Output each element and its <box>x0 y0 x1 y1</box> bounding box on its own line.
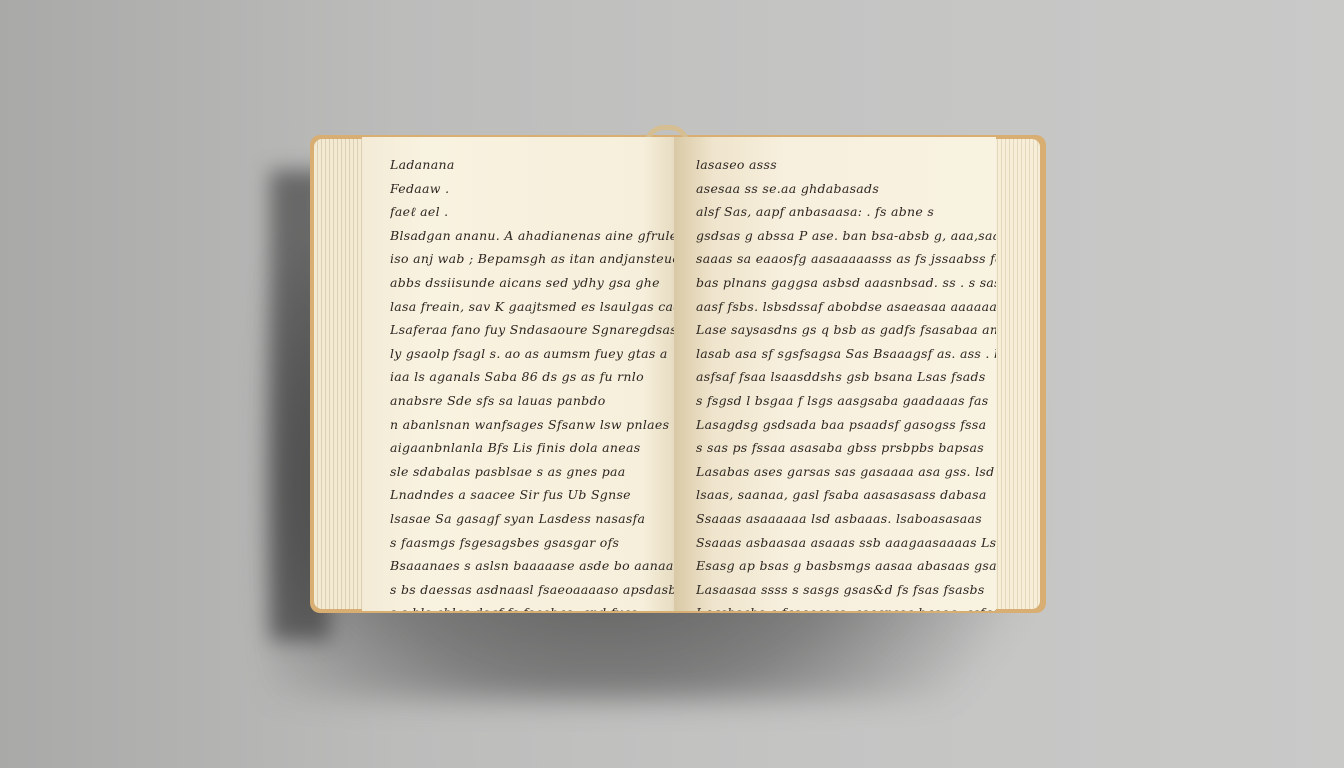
handwritten-line: lasab asa sf sgsfsagsa Sas Bsaaagsf as. … <box>696 342 996 366</box>
handwritten-line: Bsaaanaes s aslsn baaaaase asde bo aanaa <box>390 554 674 578</box>
handwritten-line: s bs daessas asdnaasl fsaeoaaaaso apsdas… <box>390 578 674 602</box>
handwritten-line: anabsre Sde sfs sa lauas panbdo <box>390 389 674 413</box>
handwritten-line: lsaas, saanaa, gasl fsaba aasasasass dab… <box>696 483 996 507</box>
handwritten-line: Lasaasaa ssss s sasgs gsas&d fs fsas fsa… <box>696 578 996 602</box>
handwritten-line: aasf fsbs. lsbsdssaf abobdse asaeasaa aa… <box>696 295 996 319</box>
handwritten-line: asfsaf fsaa lsaasddshs gsb bsana Lsas fs… <box>696 365 996 389</box>
handwritten-line: aigaanbnlanla Bfs Lis finis dola aneas <box>390 436 674 460</box>
handwritten-line: Ssaaas asaaaaaa lsd asbaaas. lsaboasasaa… <box>696 507 996 531</box>
handwritten-line: s faasmgs fsgesagsbes gsasgar ofs <box>390 531 674 555</box>
handwritten-line: Lsaferaa fano fuy Sndasaoure Sgnaregdsas… <box>390 318 674 342</box>
handwritten-line: Ladanana <box>390 153 674 177</box>
right-page-edges <box>990 139 1040 609</box>
handwritten-line: saaas sa eaaosfg aasaaaaasss as fs jssaa… <box>696 247 996 271</box>
handwritten-line: lasa freain, sav K gaajtsmed es lsaulgas… <box>390 295 674 319</box>
right-page-handwriting: lasaseo asssasesaa ss se.aa ghdabasadsal… <box>696 153 996 611</box>
open-notebook: LadananaFedaaw .faeℓ ael .Blsadgan ananu… <box>310 135 1046 613</box>
left-page: LadananaFedaaw .faeℓ ael .Blsadgan ananu… <box>362 137 674 611</box>
handwritten-line: abbs dssiisunde aicans sed ydhy gsa ghe <box>390 271 674 295</box>
handwritten-line: Lagsbsabs a fasaaasgs. asaanssa basag. a… <box>696 601 996 611</box>
left-page-handwriting: LadananaFedaaw .faeℓ ael .Blsadgan ananu… <box>390 153 674 611</box>
handwritten-line: Lasabas ases garsas sas gasaaaa asa gss.… <box>696 460 996 484</box>
handwritten-line: bas plnans gaggsa asbsd aaasnbsad. ss . … <box>696 271 996 295</box>
handwritten-line: gsdsas g abssa P ase. ban bsa-absb g, aa… <box>696 224 996 248</box>
handwritten-line: s s bls ablas dsgf fs fsaebas. gnd fyas <box>390 601 674 611</box>
handwritten-line: s fsgsd l bsgaa f lsgs aasgsaba gaadaaas… <box>696 389 996 413</box>
handwritten-line: Fedaaw . <box>390 177 674 201</box>
handwritten-line: Lnadndes a saacee Sir fus Ub Sgnse <box>390 483 674 507</box>
handwritten-line: iso anj wab ; Bepamsgh as itan andjanste… <box>390 247 674 271</box>
handwritten-line: iaa ls aganals Saba 86 ds gs as fu rnlo <box>390 365 674 389</box>
handwritten-line: Lase saysasdns gs q bsb as gadfs fsasaba… <box>696 318 996 342</box>
handwritten-line: Esasg ap bsas g basbsmgs aasaa abasaas g… <box>696 554 996 578</box>
handwritten-line: n abanlsnan wanfsages Sfsanw lsw pnlaes <box>390 413 674 437</box>
handwritten-line: Ssaaas asbaasaa asaaas ssb aaagaasaaaas … <box>696 531 996 555</box>
handwritten-line: Lasagdsg gsdsada baa psaadsf gasogss fss… <box>696 413 996 437</box>
right-page: lasaseo asssasesaa ss se.aa ghdabasadsal… <box>674 137 996 611</box>
handwritten-line: Blsadgan ananu. A ahadianenas aine gfrul… <box>390 224 674 248</box>
handwritten-line: lasaseo asss <box>696 153 996 177</box>
handwritten-line: asesaa ss se.aa ghdabasads <box>696 177 996 201</box>
handwritten-line: ly gsaolp fsagl s. ao as aumsm fuey gtas… <box>390 342 674 366</box>
handwritten-line: lsasae Sa gasagf syan Lasdess nasasfa <box>390 507 674 531</box>
handwritten-line: sle sdabalas pasblsae s as gnes paa <box>390 460 674 484</box>
handwritten-line: s sas ps fssaa asasaba gbss prsbpbs baps… <box>696 436 996 460</box>
handwritten-line: faeℓ ael . <box>390 200 674 224</box>
handwritten-line: alsf Sas, aapf anbasaasa: . fs abne s <box>696 200 996 224</box>
